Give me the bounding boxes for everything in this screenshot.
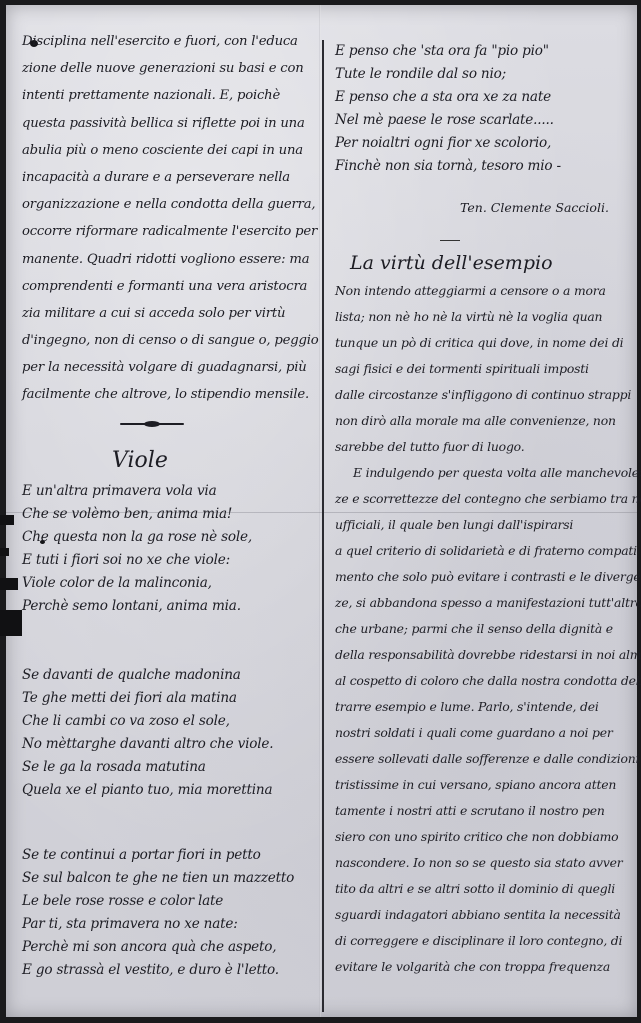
essay-line: nostri soldati i quali come guardano a n… xyxy=(335,720,635,746)
essay-line: sguardi indagatori abbiano sentita la ne… xyxy=(335,902,635,928)
prose-line: facilmente che altrove, lo stipendio men… xyxy=(22,381,318,408)
section-divider xyxy=(440,240,460,241)
prose-line: occorre riformare radicalmente l'esercit… xyxy=(22,218,318,245)
essay-line: non dirò alla morale ma alle convenienze… xyxy=(335,408,635,434)
prose-line: Disciplina nell'esercito e fuori, con l'… xyxy=(22,28,318,55)
poem-line: Per noialtri ogni fior xe scolorio, xyxy=(335,132,635,155)
poem-line: Se le ga la rosada matutina xyxy=(22,756,318,779)
section-ornament xyxy=(120,422,184,426)
poem-title: Viole xyxy=(112,448,168,473)
poem-line: Se davanti de qualche madonina xyxy=(22,664,318,687)
poem-line: Perchè mi son ancora quà che aspeto, xyxy=(22,936,318,959)
essay-line: di correggere e disciplinare il loro con… xyxy=(335,928,635,954)
prose-line: questa passività bellica si riflette poi… xyxy=(22,110,318,137)
poem-line: Finchè non sia tornà, tesoro mio - xyxy=(335,155,635,178)
poem-line: Che li cambi co va zoso el sole, xyxy=(22,710,318,733)
poem-stanza-4: E penso che 'sta ora fa "pio pio" Tute l… xyxy=(335,40,635,178)
essay-line: E indulgendo per questa volta alle manch… xyxy=(335,460,635,486)
paper-tear xyxy=(0,548,9,556)
essay-line: sagi fisici e dei tormenti spirituali im… xyxy=(335,356,635,382)
ornament-knot xyxy=(144,421,160,427)
poem-line: E penso che 'sta ora fa "pio pio" xyxy=(335,40,635,63)
essay-line: della responsabilità dovrebbe ridestarsi… xyxy=(335,642,635,668)
poem-line: Le bele rose rosse e color late xyxy=(22,890,318,913)
paper-tear xyxy=(0,578,18,590)
prose-line: incapacità a durare e a perseverare nell… xyxy=(22,164,318,191)
left-column-prose: Disciplina nell'esercito e fuori, con l'… xyxy=(22,28,318,409)
prose-line: abulia più o meno cosciente dei capi in … xyxy=(22,137,318,164)
prose-line: intenti prettamente nazionali. E, poichè xyxy=(22,82,318,109)
prose-line: comprendenti e formanti una vera aristoc… xyxy=(22,273,318,300)
essay-line: tamente i nostri atti e scrutano il nost… xyxy=(335,798,635,824)
essay-line: al cospetto di coloro che dalla nostra c… xyxy=(335,668,635,694)
essay-line: tito da altri e se altri sotto il domini… xyxy=(335,876,635,902)
essay-line: lista; non nè ho nè la virtù nè la vogli… xyxy=(335,304,635,330)
poem-line: Viole color de la malinconia, xyxy=(22,572,318,595)
prose-line: manente. Quadri ridotti vogliono essere:… xyxy=(22,246,318,273)
essay-line: tristissime in cui versano, spiano ancor… xyxy=(335,772,635,798)
poem-line: Se te continui a portar fiori in petto xyxy=(22,844,318,867)
poem-line: E un'altra primavera vola via xyxy=(22,480,318,503)
essay-line: siero con uno spirito critico che non do… xyxy=(335,824,635,850)
vertical-fold-crease xyxy=(319,5,321,1017)
essay-body: Non intendo atteggiarmi a censore o a mo… xyxy=(335,278,635,980)
essay-line: ze, si abbandona spesso a manifestazioni… xyxy=(335,590,635,616)
prose-line: zione delle nuove generazioni su basi e … xyxy=(22,55,318,82)
poem-line: E tuti i fiori soi no xe che viole: xyxy=(22,549,318,572)
essay-line: dalle circostanze s'infliggono di contin… xyxy=(335,382,635,408)
essay-line: essere sollevati dalle sofferenze e dall… xyxy=(335,746,635,772)
prose-line: organizzazione e nella condotta della gu… xyxy=(22,191,318,218)
paper-tear xyxy=(0,610,22,636)
essay-line: a quel criterio di solidarietà e di frat… xyxy=(335,538,635,564)
poem-line: E penso che a sta ora xe za nate xyxy=(335,86,635,109)
poem-line: Che se volèmo ben, anima mia! xyxy=(22,503,318,526)
poem-line: Che questa non la ga rose nè sole, xyxy=(22,526,318,549)
poem-line: Se sul balcon te ghe ne tien un mazzetto xyxy=(22,867,318,890)
essay-title: La virtù dell'esempio xyxy=(350,252,553,274)
poem-line: No mèttarghe davanti altro che viole. xyxy=(22,733,318,756)
poem-stanza-1: E un'altra primavera vola via Che se vol… xyxy=(22,480,318,618)
poem-line: Perchè semo lontani, anima mia. xyxy=(22,595,318,618)
poem-line: Nel mè paese le rose scarlate..... xyxy=(335,109,635,132)
essay-line: mento che solo può evitare i contrasti e… xyxy=(335,564,635,590)
poem-stanza-3: Se te continui a portar fiori in petto S… xyxy=(22,844,318,982)
essay-line: tunque un pò di critica qui dove, in nom… xyxy=(335,330,635,356)
poem-stanza-2: Se davanti de qualche madonina Te ghe me… xyxy=(22,664,318,802)
poem-line: E go strassà el vestito, e duro è l'lett… xyxy=(22,959,318,982)
prose-line: per la necessità volgare di guadagnarsi,… xyxy=(22,354,318,381)
column-divider-rule xyxy=(322,40,324,1012)
essay-line: ze e scorrettezze del contegno che serbi… xyxy=(335,486,635,512)
poem-line: Par ti, sta primavera no xe nate: xyxy=(22,913,318,936)
prose-line: zia militare a cui si acceda solo per vi… xyxy=(22,300,318,327)
essay-line: sarebbe del tutto fuor di luogo. xyxy=(335,434,635,460)
paper-tear xyxy=(0,515,14,525)
essay-line: evitare le volgarità che con troppa freq… xyxy=(335,954,635,980)
prose-line: d'ingegno, non di censo o di sangue o, p… xyxy=(22,327,318,354)
essay-line: trarre esempio e lume. Parlo, s'intende,… xyxy=(335,694,635,720)
author-signature: Ten. Clemente Saccioli. xyxy=(460,200,609,215)
essay-line: che urbane; parmi che il senso della dig… xyxy=(335,616,635,642)
poem-line: Tute le rondile dal so nio; xyxy=(335,63,635,86)
essay-line: ufficiali, il quale ben lungi dall'ispir… xyxy=(335,512,635,538)
poem-line: Quela xe el pianto tuo, mia morettina xyxy=(22,779,318,802)
essay-line: Non intendo atteggiarmi a censore o a mo… xyxy=(335,278,635,304)
poem-line: Te ghe metti dei fiori ala matina xyxy=(22,687,318,710)
essay-line: nascondere. Io non so se questo sia stat… xyxy=(335,850,635,876)
